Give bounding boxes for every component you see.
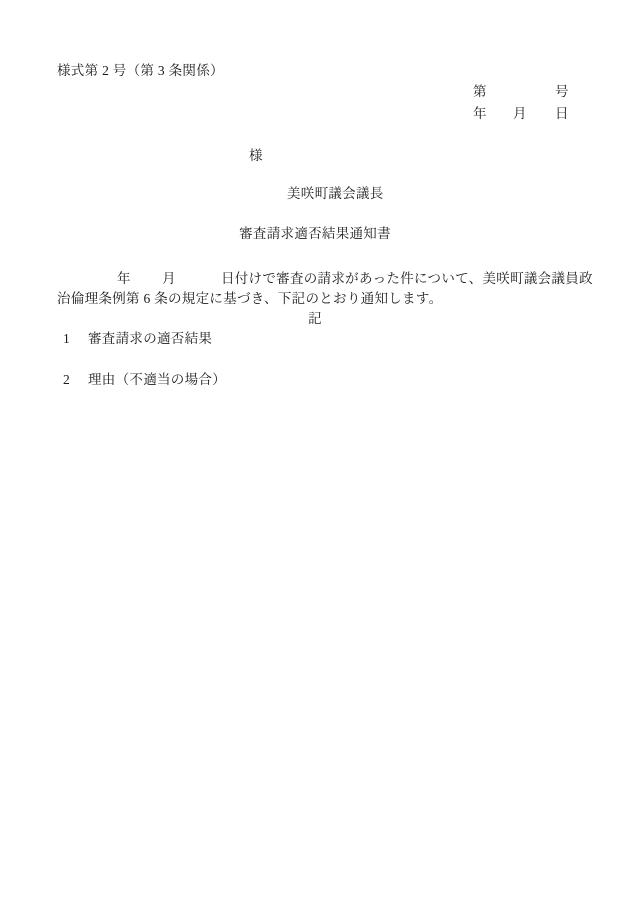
- item-2-label: 理由（不適当の場合）: [88, 372, 226, 388]
- record-marker: 記: [0, 311, 630, 327]
- addressee-honorific: 様: [249, 148, 263, 164]
- date-month-label: 月: [513, 106, 527, 122]
- sender-name: 美咲町議会議長: [287, 186, 384, 202]
- date-day-label: 日: [555, 106, 569, 122]
- body-paragraph-line1: 年 月 日付けで審査の請求があった件について、美咲町議会議員政: [117, 271, 593, 287]
- doc-number-prefix: 第: [473, 84, 487, 100]
- body-paragraph-line2: 治倫理条例第 6 条の規定に基づき、下記のとおり通知します。: [57, 291, 442, 307]
- item-1-number: 1: [63, 331, 70, 347]
- form-number-label: 様式第 2 号（第 3 条関係）: [57, 63, 224, 79]
- document-title: 審査請求適否結果通知書: [0, 226, 630, 242]
- item-2-number: 2: [63, 372, 70, 388]
- doc-number-suffix: 号: [555, 84, 569, 100]
- date-year-label: 年: [473, 106, 487, 122]
- document-page: 様式第 2 号（第 3 条関係） 第 号 年 月 日 様 美咲町議会議長 審査請…: [0, 0, 630, 903]
- item-1-label: 審査請求の適否結果: [88, 331, 212, 347]
